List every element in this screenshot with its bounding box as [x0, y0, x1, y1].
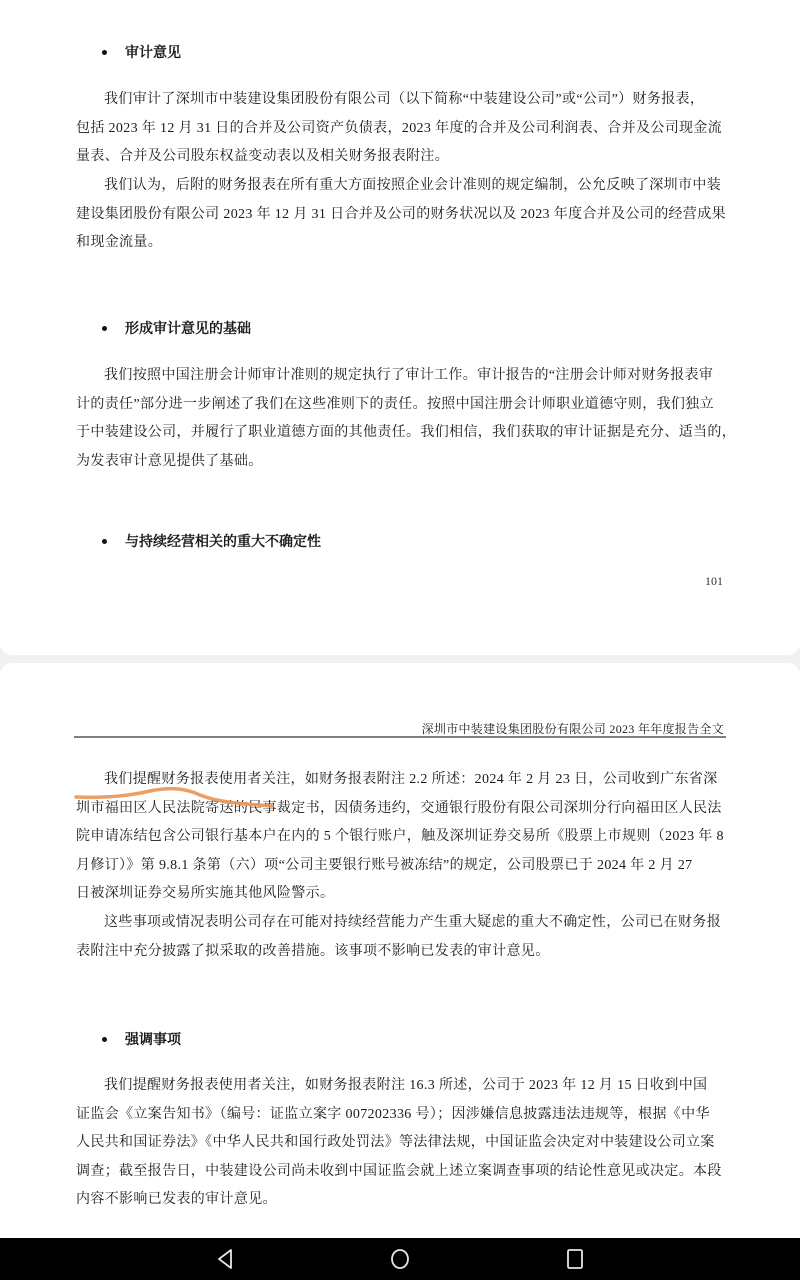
paragraph-going-concern-conclusion: 这些事项或情况表明公司存在可能对持续经营能力产生重大疑虑的重大不确定性，公司已在… [76, 909, 722, 966]
text-line: 证监会《立案告知书》（编号：证监立案字 007202336 号）；因涉嫌信息披露… [76, 1101, 722, 1130]
section-heading-basis-for-opinion: 形成审计意见的基础 [102, 318, 251, 338]
text-line: 我们按照中国注册会计师审计准则的规定执行了审计工作。审计报告的“注册会计师对财务… [76, 362, 722, 391]
recents-button[interactable] [545, 1238, 605, 1280]
back-triangle-icon [215, 1248, 235, 1270]
heading-text: 强调事项 [125, 1029, 181, 1049]
text-line: 建设集团股份有限公司 2023 年 12 月 31 日合并及公司的财务状况以及 … [76, 201, 722, 230]
heading-text: 形成审计意见的基础 [125, 318, 251, 338]
text-line: 日被深圳证券交易所实施其他风险警示。 [76, 880, 722, 909]
header-rule [74, 736, 726, 738]
paragraph-emphasis-of-matter: 我们提醒财务报表使用者关注，如财务报表附注 16.3 所述，公司于 2023 年… [76, 1072, 722, 1215]
paragraph-audit-opinion: 我们认为，后附的财务报表在所有重大方面按照企业会计准则的规定编制，公允反映了深圳… [76, 172, 722, 258]
back-button[interactable] [195, 1238, 255, 1280]
bullet-icon [102, 1037, 107, 1042]
section-heading-going-concern: 与持续经营相关的重大不确定性 [102, 531, 321, 551]
section-heading-audit-opinion: 审计意见 [102, 42, 181, 62]
text-line: 院申请冻结包含公司银行基本户在内的 5 个银行账户，触及深圳证券交易所《股票上市… [76, 823, 722, 852]
home-circle-icon [389, 1248, 411, 1270]
page-number: 101 [705, 574, 723, 589]
bullet-icon [102, 539, 107, 544]
text-line: 内容不影响已发表的审计意见。 [76, 1186, 722, 1215]
text-line: 计的责任”部分进一步阐述了我们在这些准则下的责任。按照中国注册会计师职业道德守则… [76, 391, 722, 420]
running-header: 深圳市中装建设集团股份有限公司 2023 年年度报告全文 [422, 720, 724, 737]
recents-square-icon [565, 1248, 585, 1270]
paragraph-audit-scope: 我们审计了深圳市中装建设集团股份有限公司（以下简称“中装建设公司”或“公司”）财… [76, 86, 722, 172]
system-navigation-bar [0, 1238, 800, 1280]
paragraph-going-concern-detail: 我们提醒财务报表使用者关注，如财务报表附注 2.2 所述：2024 年 2 月 … [76, 766, 722, 909]
text-line: 包括 2023 年 12 月 31 日的合并及公司资产负债表，2023 年度的合… [76, 115, 722, 144]
text-line: 于中装建设公司，并履行了职业道德方面的其他责任。我们相信，我们获取的审计证据是充… [76, 419, 722, 448]
text-line: 我们审计了深圳市中装建设集团股份有限公司（以下简称“中装建设公司”或“公司”）财… [76, 86, 722, 115]
text-line: 圳市福田区人民法院寄送的民事裁定书，因债务违约，交通银行股份有限公司深圳分行向福… [76, 795, 722, 824]
text-line: 我们提醒财务报表使用者关注，如财务报表附注 16.3 所述，公司于 2023 年… [76, 1072, 722, 1101]
document-page-101: 审计意见 我们审计了深圳市中装建设集团股份有限公司（以下简称“中装建设公司”或“… [0, 0, 800, 655]
text-line: 我们认为，后附的财务报表在所有重大方面按照企业会计准则的规定编制，公允反映了深圳… [76, 172, 722, 201]
text-line: 量表、合并及公司股东权益变动表以及相关财务报表附注。 [76, 143, 722, 172]
text-line: 为发表审计意见提供了基础。 [76, 448, 722, 477]
heading-text: 审计意见 [125, 42, 181, 62]
paragraph-basis-for-opinion: 我们按照中国注册会计师审计准则的规定执行了审计工作。审计报告的“注册会计师对财务… [76, 362, 722, 476]
section-heading-emphasis-of-matter: 强调事项 [102, 1029, 181, 1049]
text-line: 人民共和国证券法》《中华人民共和国行政处罚法》等法律法规，中国证监会决定对中装建… [76, 1129, 722, 1158]
text-line: 我们提醒财务报表使用者关注，如财务报表附注 2.2 所述：2024 年 2 月 … [76, 766, 722, 795]
text-line: 和现金流量。 [76, 229, 722, 258]
document-page-102: 深圳市中装建设集团股份有限公司 2023 年年度报告全文 我们提醒财务报表使用者… [0, 663, 800, 1238]
text-line: 表附注中充分披露了拟采取的改善措施。该事项不影响已发表的审计意见。 [76, 938, 722, 967]
bullet-icon [102, 50, 107, 55]
heading-text: 与持续经营相关的重大不确定性 [125, 531, 321, 551]
text-line: 这些事项或情况表明公司存在可能对持续经营能力产生重大疑虑的重大不确定性，公司已在… [76, 909, 722, 938]
bullet-icon [102, 326, 107, 331]
text-line: 月修订）》第 9.8.1 条第（六）项“公司主要银行账号被冻结”的规定，公司股票… [76, 852, 722, 881]
home-button[interactable] [370, 1238, 430, 1280]
text-line: 调查；截至报告日，中装建设公司尚未收到中国证监会就上述立案调查事项的结论性意见或… [76, 1158, 722, 1187]
